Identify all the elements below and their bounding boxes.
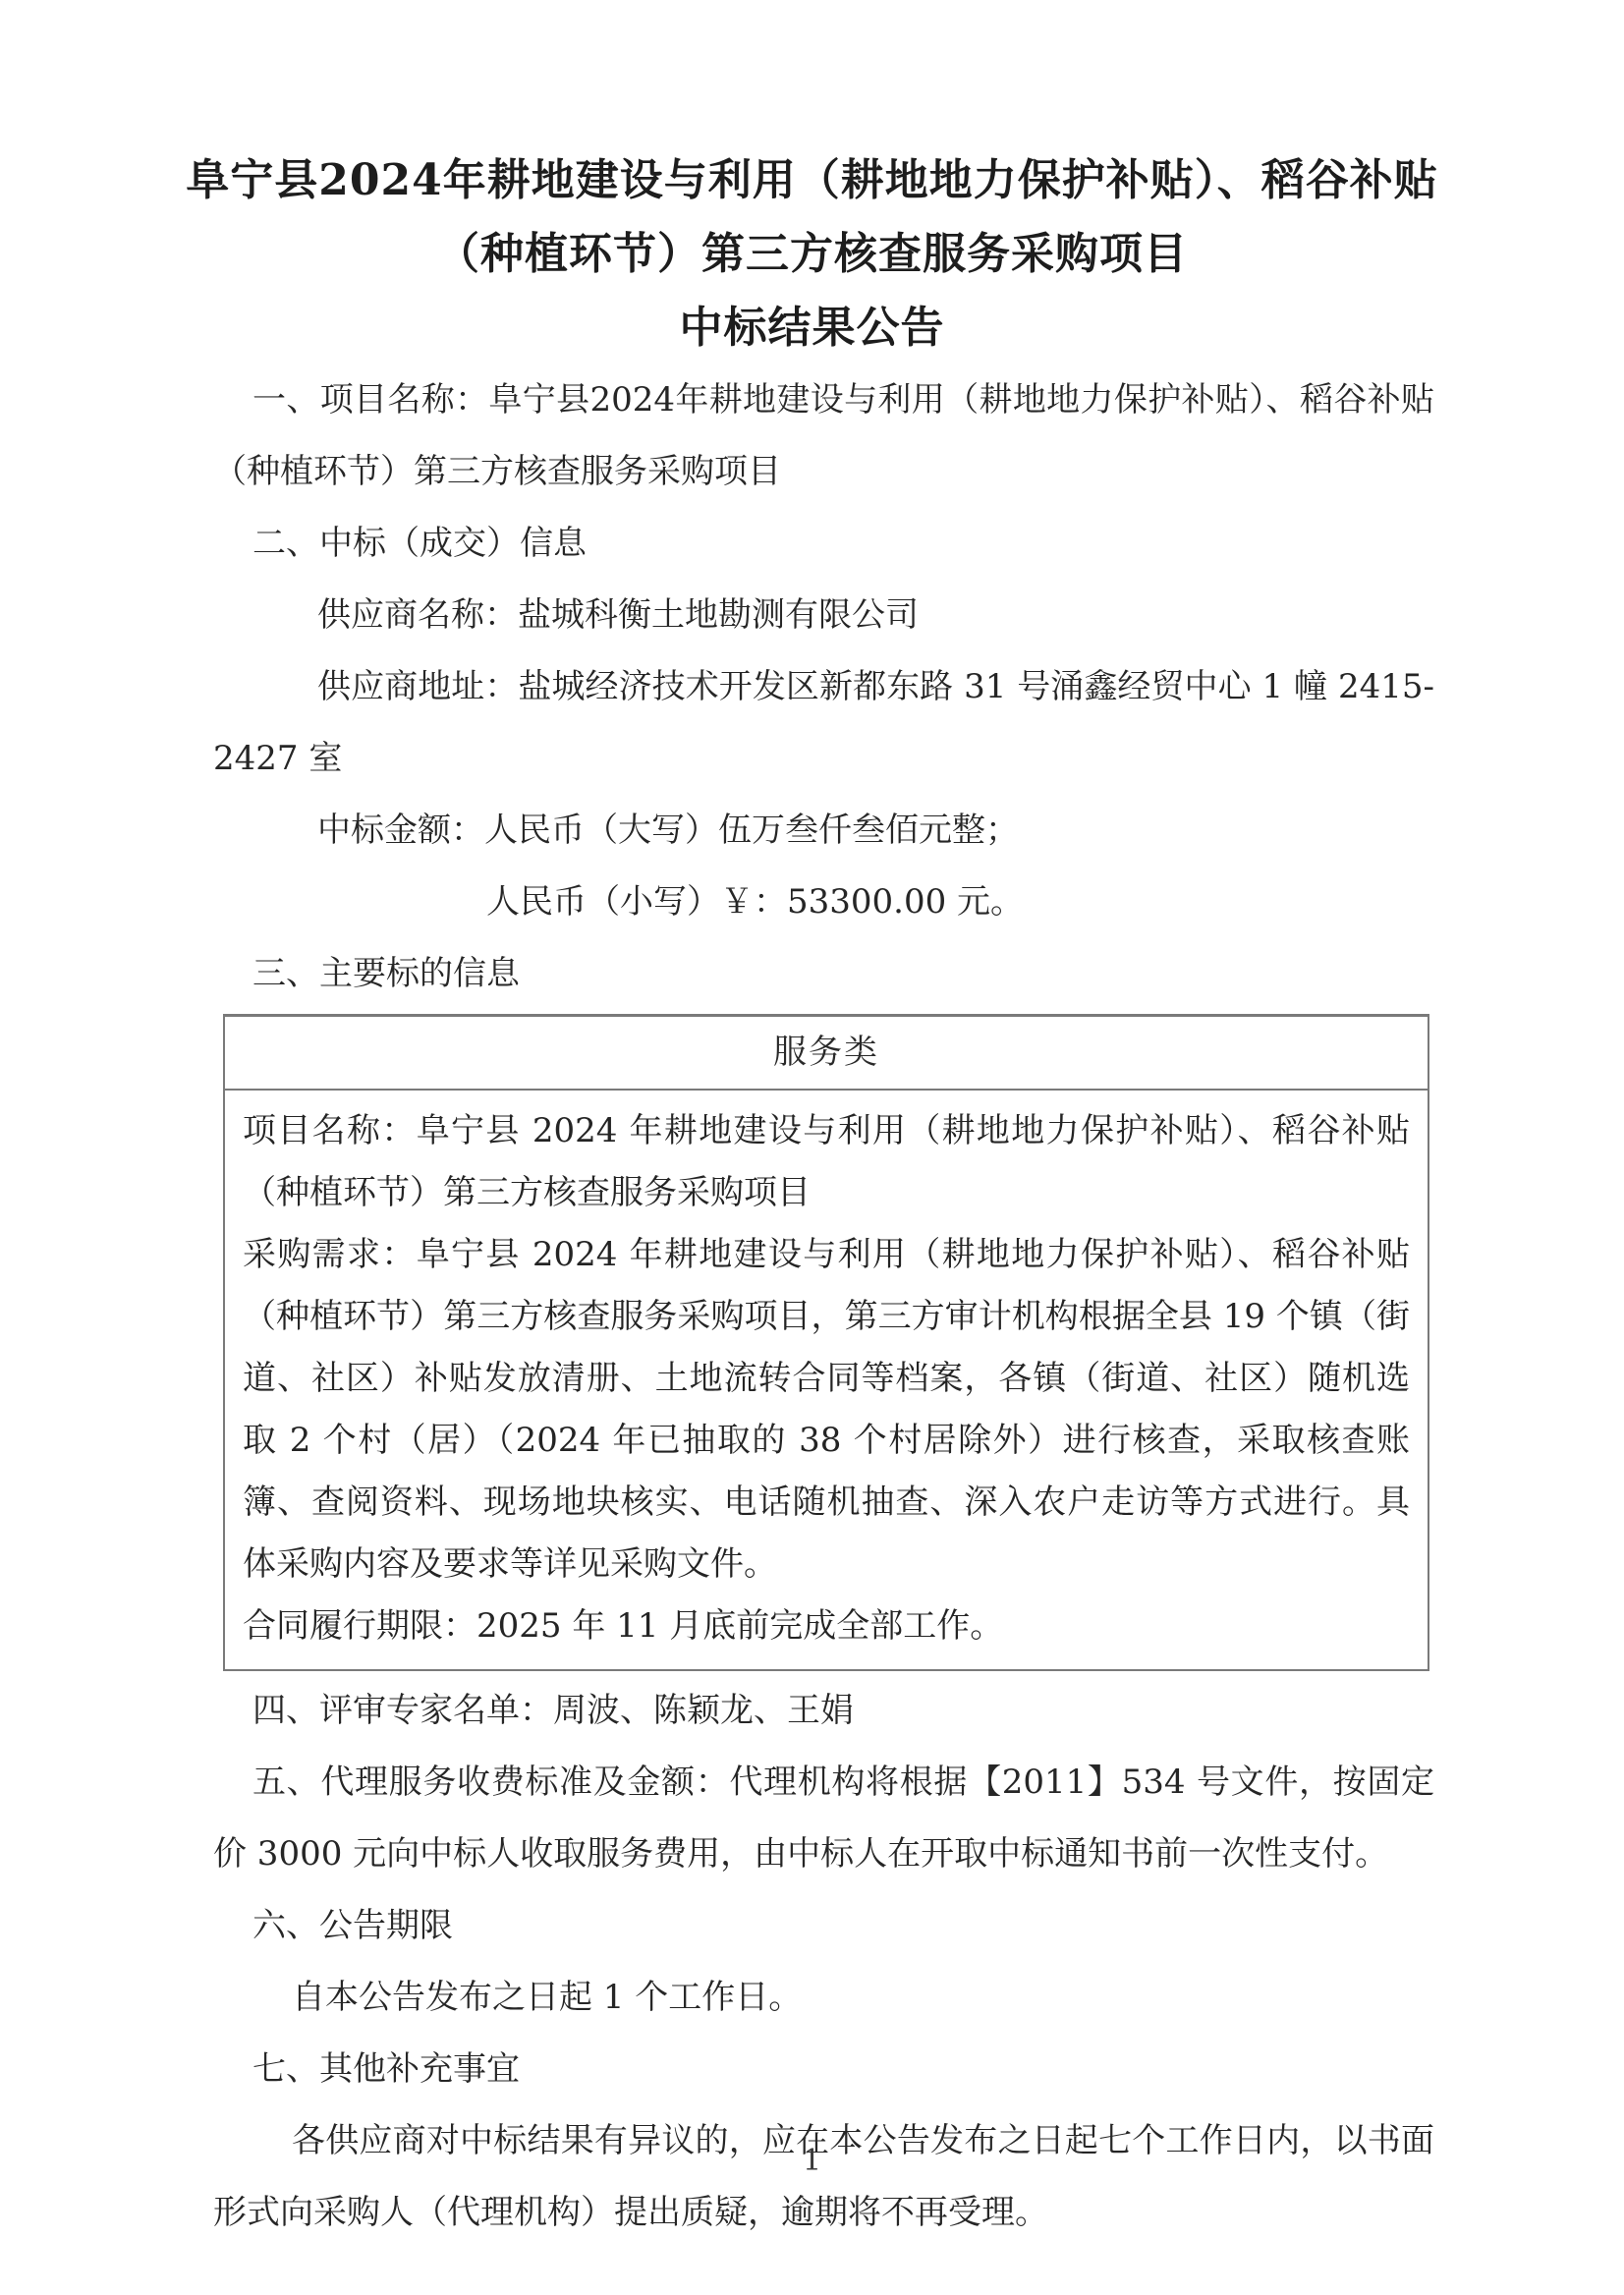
paragraph-agency-fee: 五、代理服务收费标准及金额：代理机构将根据【2011】534 号文件，按固定价 … [213,1747,1434,1890]
table-project-name: 项目名称：阜宁县 2024 年耕地建设与利用（耕地地力保护补贴）、稻谷补贴（种植… [243,1100,1410,1224]
document-page: 阜宁县2024年耕地建设与利用（耕地地力保护补贴）、稻谷补贴 （种植环节）第三方… [0,0,1624,2295]
heading-expert-list: 四、评审专家名单：周波、陈颖龙、王娟 [213,1675,1434,1747]
subject-info-table: 服务类 项目名称：阜宁县 2024 年耕地建设与利用（耕地地力保护补贴）、稻谷补… [223,1014,1429,1671]
table-contract-period: 合同履行期限：2025 年 11 月底前完成全部工作。 [243,1595,1410,1657]
supplier-name-line: 供应商名称：盐城科衡土地勘测有限公司 [213,580,1434,651]
title-line-2: （种植环节）第三方核查服务采购项目 [0,217,1624,291]
heading-announcement-period: 六、公告期限 [213,1890,1434,1962]
paragraph-project-name: 一、项目名称：阜宁县2024年耕地建设与利用（耕地地力保护补贴）、稻谷补贴（种植… [213,364,1434,508]
supplier-address-line: 供应商地址：盐城经济技术开发区新都东路 31 号涌鑫经贸中心 1 幢 2415-… [213,651,1434,795]
heading-other-matters: 七、其他补充事宜 [213,2034,1434,2105]
document-title: 阜宁县2024年耕地建设与利用（耕地地力保护补贴）、稻谷补贴 （种植环节）第三方… [0,0,1624,364]
table-body-cell: 项目名称：阜宁县 2024 年耕地建设与利用（耕地地力保护补贴）、稻谷补贴（种植… [224,1090,1428,1670]
title-line-1: 阜宁县2024年耕地建设与利用（耕地地力保护补贴）、稻谷补贴 [0,143,1624,217]
heading-award-info: 二、中标（成交）信息 [213,508,1434,580]
table-body-row: 项目名称：阜宁县 2024 年耕地建设与利用（耕地地力保护补贴）、稻谷补贴（种植… [224,1090,1428,1670]
table-header-row: 服务类 [224,1016,1428,1091]
heading-subject-info: 三、主要标的信息 [213,938,1434,1010]
page-number: 1 [0,2144,1624,2178]
title-line-3: 中标结果公告 [0,291,1624,364]
award-amount-figures-line: 人民币（小写）￥：53300.00 元。 [213,867,1434,938]
paragraph-announcement-period: 自本公告发布之日起 1 个工作日。 [213,1962,1434,2034]
award-amount-words-line: 中标金额：人民币（大写）伍万叁仟叁佰元整； [213,795,1434,867]
document-body: 一、项目名称：阜宁县2024年耕地建设与利用（耕地地力保护补贴）、稻谷补贴（种植… [213,364,1434,2249]
table-procurement-requirement: 采购需求：阜宁县 2024 年耕地建设与利用（耕地地力保护补贴）、稻谷补贴（种植… [243,1224,1410,1595]
table-header-service-class: 服务类 [224,1016,1428,1091]
